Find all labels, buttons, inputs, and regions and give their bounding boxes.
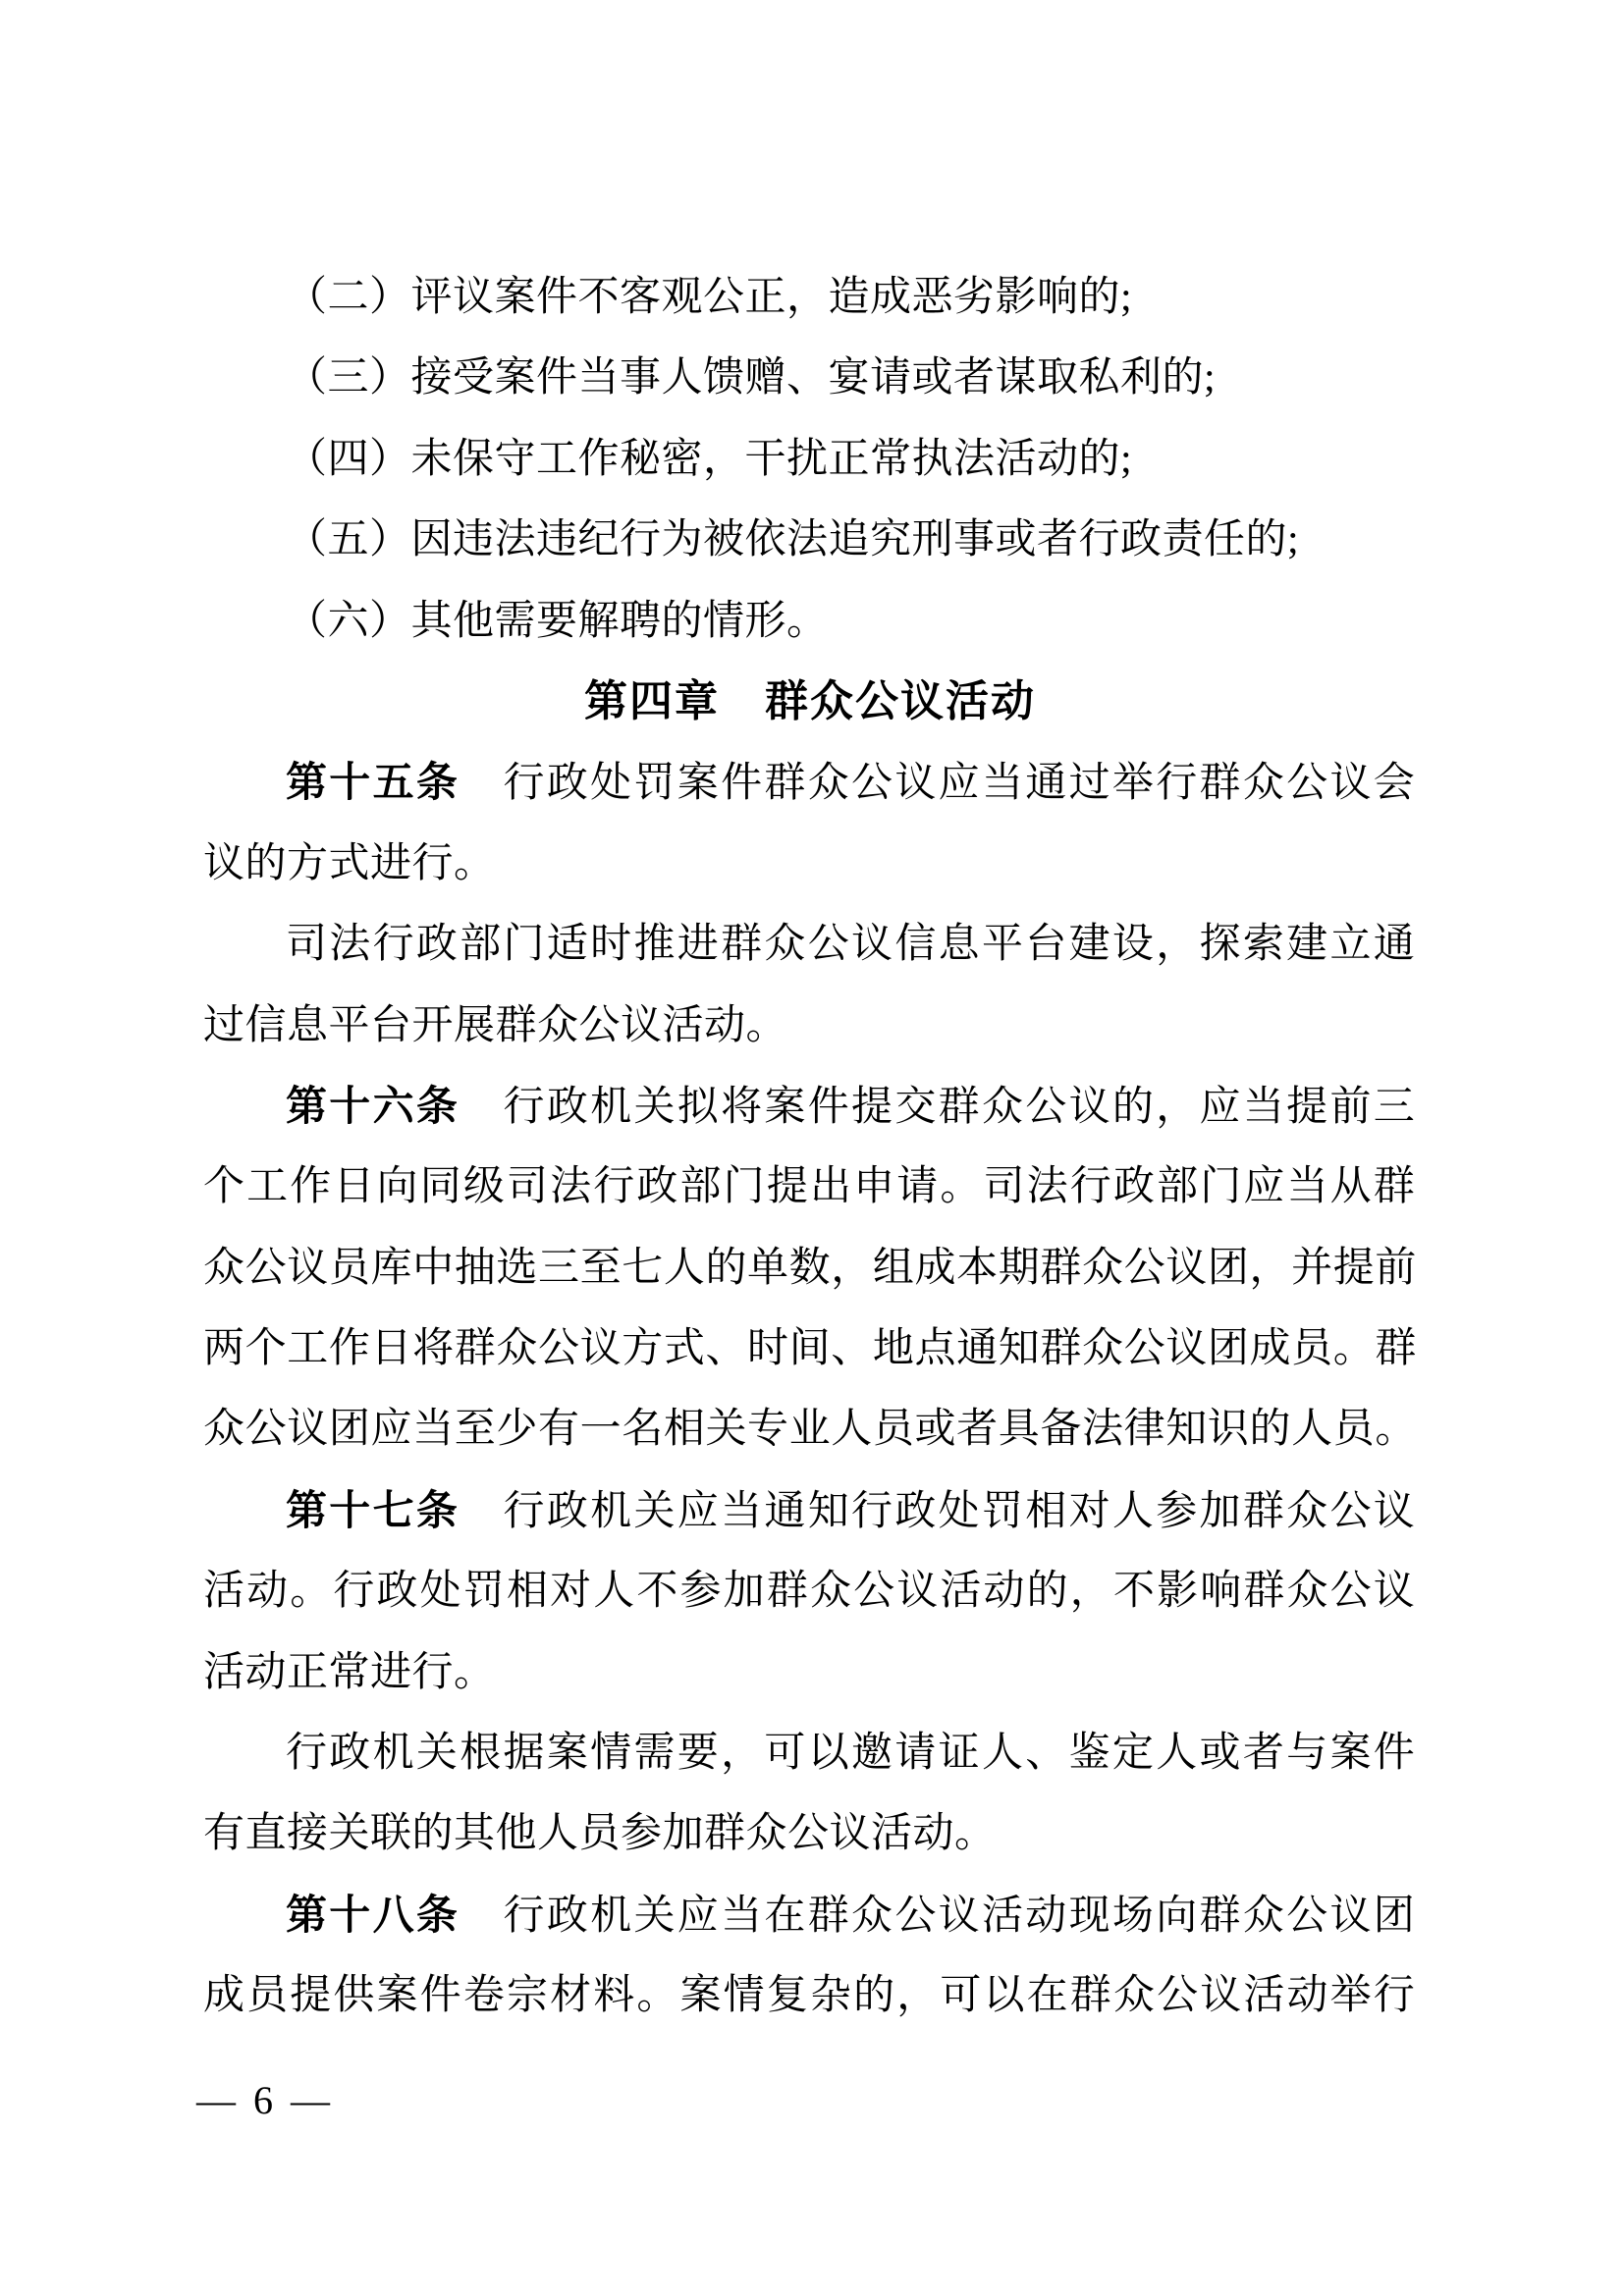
clause-item-2-text: （二）评议案件不客观公正，造成恶劣影响的; <box>286 275 1132 320</box>
clause-item-6: （六）其他需要解聘的情形。 <box>203 581 1417 662</box>
article-17-line-2: 活动。行政处罚相对人不参加群众公议活动的，不影响群众公议 <box>203 1551 1417 1631</box>
article-16-line-3-text: 众公议员库中抽选三至七人的单数，组成本期群众公议团，并提前 <box>203 1246 1417 1291</box>
article-15-line-2: 议的方式进行。 <box>203 824 1417 904</box>
article-18-line-2-text: 成员提供案件卷宗材料。案情复杂的，可以在群众公议活动举行 <box>203 1973 1417 2018</box>
chapter-4-heading-text: 第四章 群众公议活动 <box>584 677 1036 725</box>
article-15-line-1: 第十五条 行政处罚案件群众公议应当通过举行群众公议会 <box>203 742 1417 823</box>
article-17-line-2-text: 活动。行政处罚相对人不参加群众公议活动的，不影响群众公议 <box>203 1569 1417 1614</box>
article-15-line-1-text: 行政处罚案件群众公议应当通过举行群众公议会 <box>460 761 1417 806</box>
article-15-para-2-line-2-text: 过信息平台开展群众公议活动。 <box>203 1003 787 1048</box>
article-16-line-5: 众公议团应当至少有一名相关专业人员或者具备法律知识的人员。 <box>203 1389 1417 1469</box>
article-15-para-2-line-1-text: 司法行政部门适时推进群众公议信息平台建设，探索建立通 <box>286 922 1417 967</box>
chapter-4-heading: 第四章 群众公议活动 <box>203 662 1417 742</box>
clause-item-4-text: （四）未保守工作秘密，干扰正常执法活动的; <box>286 437 1132 482</box>
clause-item-6-text: （六）其他需要解聘的情形。 <box>286 599 829 644</box>
article-15-para-2-line-2: 过信息平台开展群众公议活动。 <box>203 986 1417 1066</box>
clause-item-4: （四）未保守工作秘密，干扰正常执法活动的; <box>203 419 1417 500</box>
clause-item-5: （五）因违法违纪行为被依法追究刑事或者行政责任的; <box>203 500 1417 580</box>
article-18-line-1-lead: 第十八条 <box>286 1892 460 1938</box>
article-16-line-4-text: 两个工作日将群众公议方式、时间、地点通知群众公议团成员。群 <box>203 1326 1417 1371</box>
clause-item-2: （二）评议案件不客观公正，造成恶劣影响的; <box>203 257 1417 338</box>
article-17-line-1: 第十七条 行政机关应当通知行政处罚相对人参加群众公议 <box>203 1470 1417 1551</box>
article-18-line-1: 第十八条 行政机关应当在群众公议活动现场向群众公议团 <box>203 1875 1417 1955</box>
article-16-line-3: 众公议员库中抽选三至七人的单数，组成本期群众公议团，并提前 <box>203 1228 1417 1308</box>
article-17-para-2-line-2: 有直接关联的其他人员参加群众公议活动。 <box>203 1793 1417 1874</box>
article-15-line-1-lead: 第十五条 <box>286 759 460 805</box>
article-16-line-1-lead: 第十六条 <box>286 1083 460 1129</box>
article-17-para-2-line-1: 行政机关根据案情需要，可以邀请证人、鉴定人或者与案件 <box>203 1713 1417 1793</box>
clause-item-5-text: （五）因违法违纪行为被依法追究刑事或者行政责任的; <box>286 517 1299 562</box>
clause-item-3-text: （三）接受案件当事人馈赠、宴请或者谋取私利的; <box>286 355 1216 400</box>
article-16-line-2: 个工作日向同级司法行政部门提出申请。司法行政部门应当从群 <box>203 1147 1417 1227</box>
page-number: — 6 — <box>196 2073 330 2128</box>
article-17-para-2-line-2-text: 有直接关联的其他人员参加群众公议活动。 <box>203 1811 997 1856</box>
article-17-line-1-lead: 第十七条 <box>286 1487 460 1533</box>
article-16-line-1-text: 行政机关拟将案件提交群众公议的，应当提前三 <box>460 1085 1417 1130</box>
article-15-line-2-text: 议的方式进行。 <box>203 841 496 886</box>
article-17-line-1-text: 行政机关应当通知行政处罚相对人参加群众公议 <box>460 1489 1417 1534</box>
article-16-line-5-text: 众公议团应当至少有一名相关专业人员或者具备法律知识的人员。 <box>203 1407 1417 1452</box>
article-17-line-3: 活动正常进行。 <box>203 1632 1417 1713</box>
article-18-line-1-text: 行政机关应当在群众公议活动现场向群众公议团 <box>460 1894 1417 1939</box>
page: （二）评议案件不客观公正，造成恶劣影响的;（三）接受案件当事人馈赠、宴请或者谋取… <box>0 0 1624 2296</box>
article-16-line-1: 第十六条 行政机关拟将案件提交群众公议的，应当提前三 <box>203 1066 1417 1147</box>
article-18-line-2: 成员提供案件卷宗材料。案情复杂的，可以在群众公议活动举行 <box>203 1955 1417 2036</box>
article-17-para-2-line-1-text: 行政机关根据案情需要，可以邀请证人、鉴定人或者与案件 <box>286 1731 1417 1776</box>
article-17-line-3-text: 活动正常进行。 <box>203 1650 496 1695</box>
article-15-para-2-line-1: 司法行政部门适时推进群众公议信息平台建设，探索建立通 <box>203 904 1417 985</box>
article-16-line-4: 两个工作日将群众公议方式、时间、地点通知群众公议团成员。群 <box>203 1308 1417 1389</box>
document-body: （二）评议案件不客观公正，造成恶劣影响的;（三）接受案件当事人馈赠、宴请或者谋取… <box>203 257 1417 2037</box>
clause-item-3: （三）接受案件当事人馈赠、宴请或者谋取私利的; <box>203 338 1417 418</box>
article-16-line-2-text: 个工作日向同级司法行政部门提出申请。司法行政部门应当从群 <box>203 1164 1417 1209</box>
